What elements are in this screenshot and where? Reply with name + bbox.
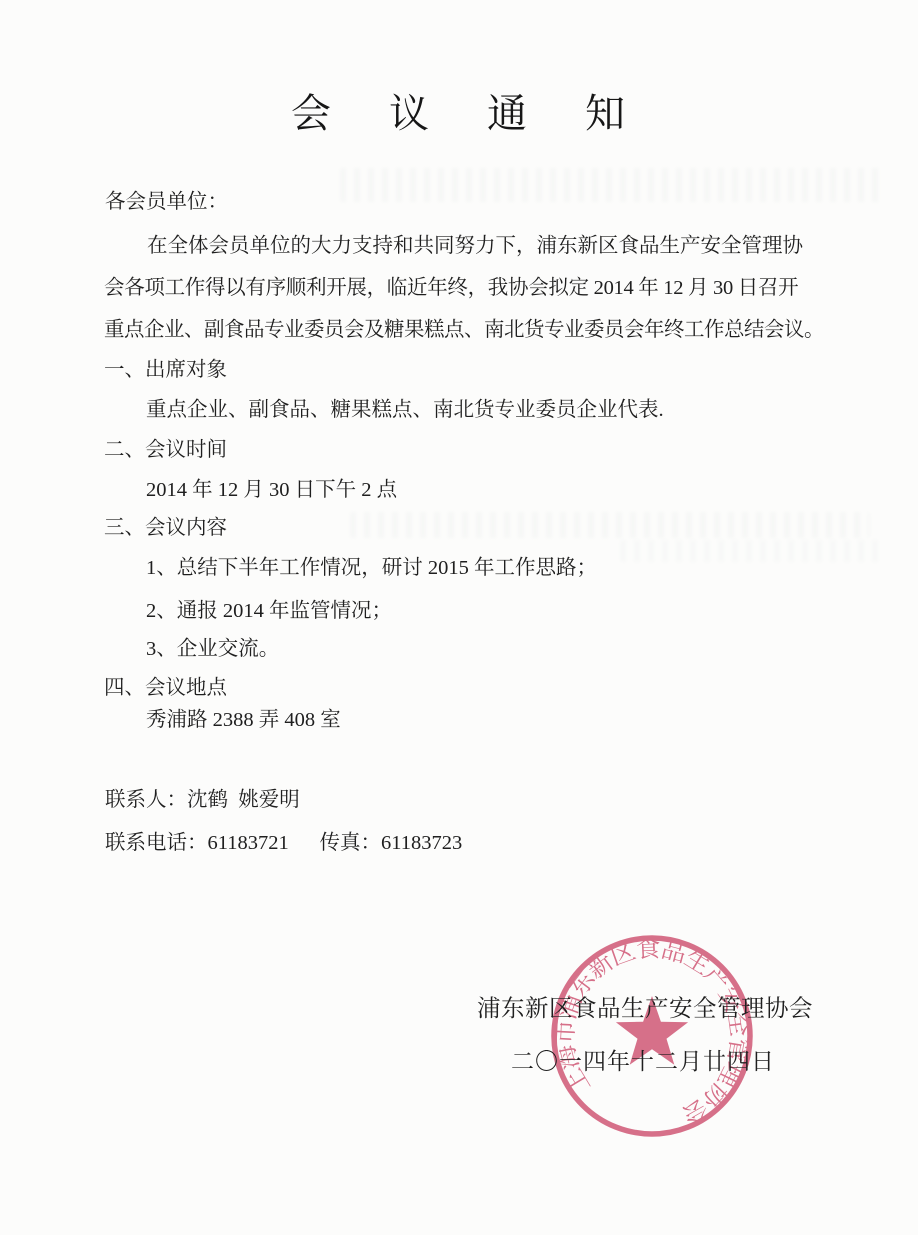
bleedthrough-smudge — [620, 540, 880, 562]
official-seal-stamp: 上海市浦东新区食品生产安全管理协会 — [532, 916, 772, 1156]
section-2-heading: 二、会议时间 — [104, 438, 227, 463]
section-3-item-1: 1、总结下半年工作情况，研讨 2015 年工作思路； — [146, 556, 597, 581]
salutation: 各会员单位： — [105, 190, 228, 215]
scanned-notice-page: 会 议 通 知 各会员单位： 在全体会员单位的大力支持和共同努力下，浦东新区食品… — [0, 0, 918, 1235]
section-1-heading: 一、出席对象 — [104, 358, 227, 383]
intro-paragraph-line-2: 会各项工作得以有序顺利开展，临近年终，我协会拟定 2014 年 12 月 30 … — [104, 276, 798, 301]
intro-paragraph-line-1: 在全体会员单位的大力支持和共同努力下，浦东新区食品生产安全管理协 — [147, 234, 803, 259]
section-3-item-3: 3、企业交流。 — [146, 637, 279, 662]
section-3-item-2: 2、通报 2014 年监管情况； — [146, 599, 392, 624]
page-title: 会 议 通 知 — [0, 82, 918, 139]
signature-organization: 浦东新区食品生产安全管理协会 — [477, 995, 813, 1023]
contact-person-line: 联系人：沈鹤 姚爱明 — [105, 788, 300, 813]
signature-date: 二〇一四年十二月廿四日 — [511, 1048, 775, 1076]
bleedthrough-smudge — [340, 168, 880, 202]
section-2-body: 2014 年 12 月 30 日下午 2 点 — [146, 478, 397, 503]
section-4-heading: 四、会议地点 — [104, 676, 227, 701]
section-1-body: 重点企业、副食品、糖果糕点、南北货专业委员企业代表. — [146, 398, 664, 423]
intro-paragraph-line-3: 重点企业、副食品专业委员会及糖果糕点、南北货专业委员会年终工作总结会议。 — [104, 318, 824, 343]
contact-phone-line: 联系电话：61183721 传真：61183723 — [105, 831, 462, 856]
section-4-body: 秀浦路 2388 弄 408 室 — [146, 708, 341, 733]
bleedthrough-smudge — [350, 512, 870, 538]
section-3-heading: 三、会议内容 — [104, 516, 227, 541]
